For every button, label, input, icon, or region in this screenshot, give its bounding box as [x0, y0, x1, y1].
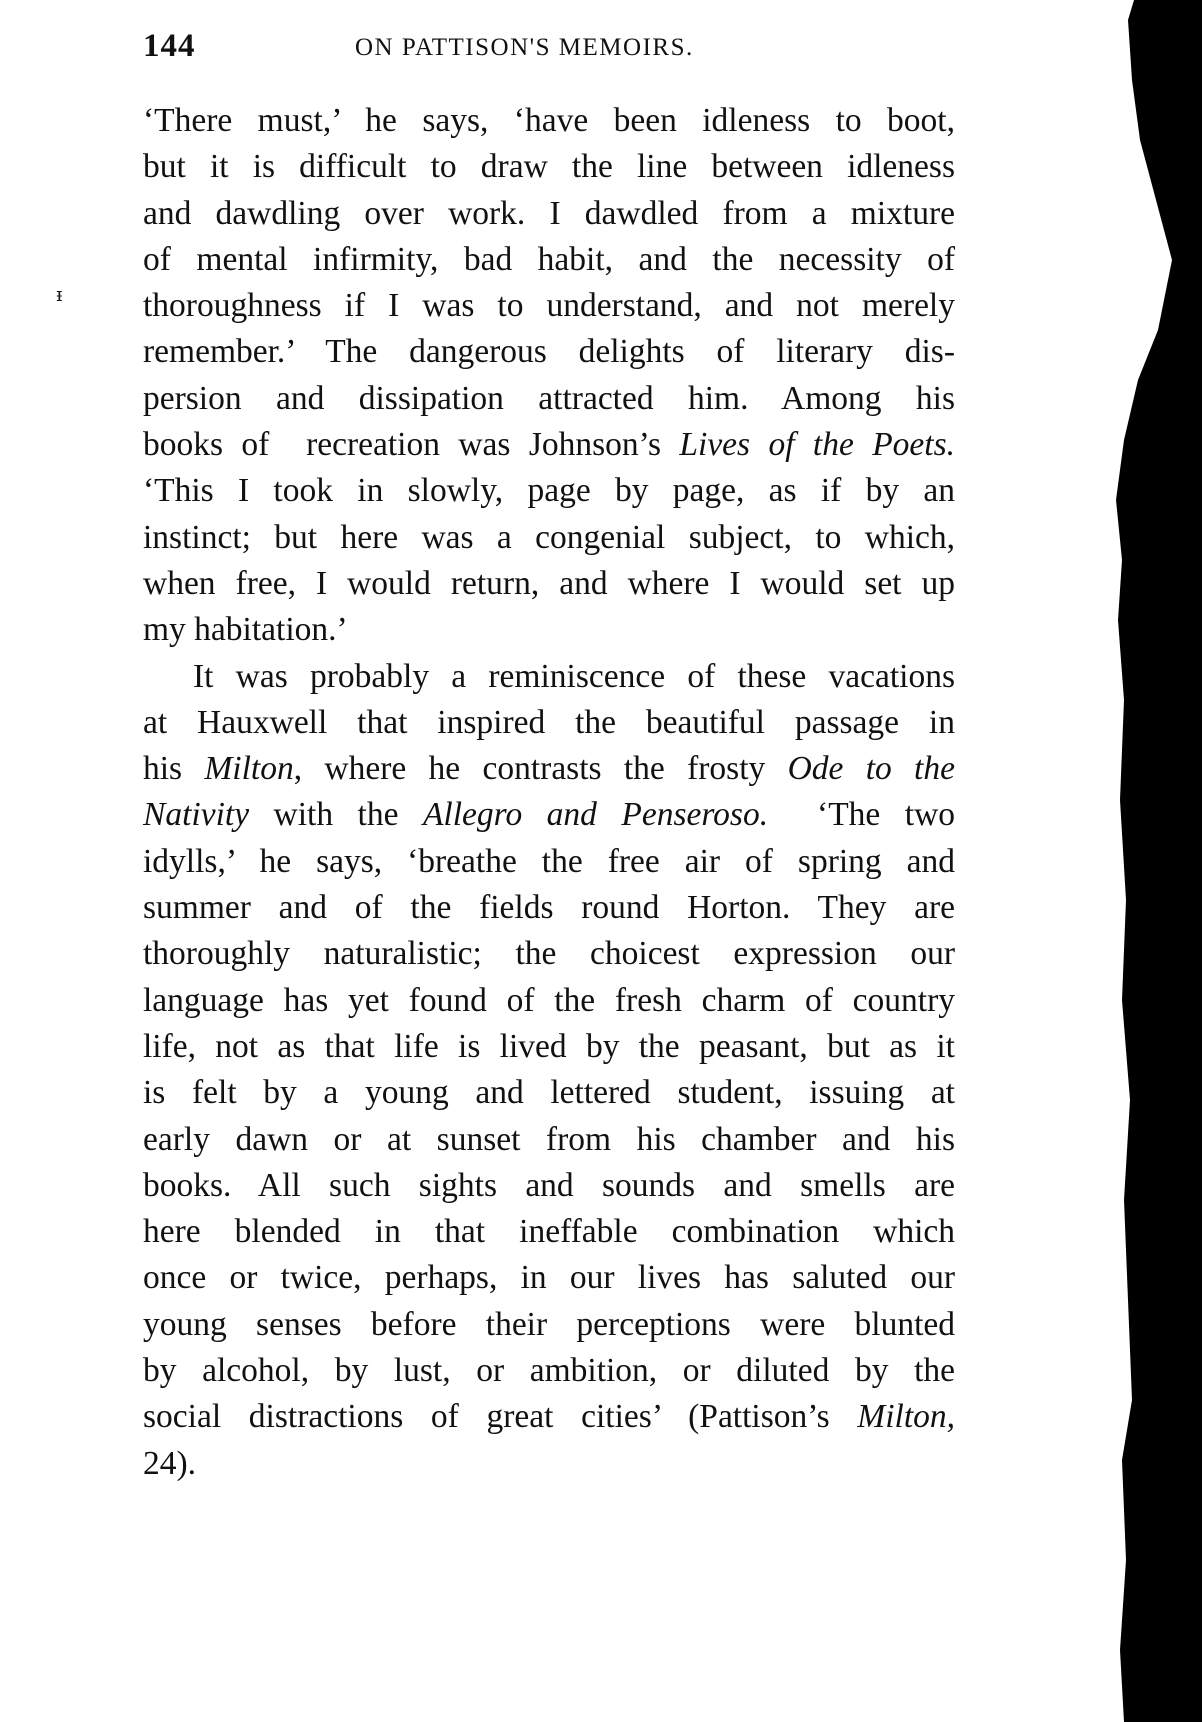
- italic-title: Lives of the Poets.: [679, 426, 955, 463]
- text-line: at Hauxwell that inspired the beautiful …: [143, 700, 955, 746]
- italic-title: Milton: [204, 750, 293, 787]
- text-line-with-italic: Nativity with the Allegro and Penseroso.…: [143, 792, 955, 838]
- italic-title: Nativity: [143, 796, 249, 833]
- margin-speck-icon: ᵻ: [56, 282, 62, 306]
- text-line: 24).: [143, 1441, 955, 1487]
- text-line: idylls,’ he says, ‘breathe the free air …: [143, 839, 955, 885]
- text-line: is felt by a young and lettered student,…: [143, 1070, 955, 1116]
- text-line: once or twice, perhaps, in our lives has…: [143, 1255, 955, 1301]
- text-line: here blended in that ineffable combinati…: [143, 1209, 955, 1255]
- paragraph-2: It was probably a reminiscence of these …: [143, 654, 955, 1487]
- text-line-with-italic: his Milton, where he contrasts the frost…: [143, 746, 955, 792]
- text-line: and dawdling over work. I dawdled from a…: [143, 191, 955, 237]
- scan-edge-shadow: [1110, 0, 1202, 1722]
- italic-title: Ode to the: [788, 750, 955, 787]
- page-header: 144 ON PATTISON'S MEMOIRS.: [143, 28, 963, 72]
- text-line: life, not as that life is lived by the p…: [143, 1024, 955, 1070]
- italic-title: Allegro and Penseroso.: [423, 796, 768, 833]
- text-line: of mental infirmity, bad habit, and the …: [143, 237, 955, 283]
- text-line: young senses before their perceptions we…: [143, 1302, 955, 1348]
- page-number: 144: [143, 28, 196, 65]
- text-line: instinct; but here was a congenial subje…: [143, 515, 955, 561]
- text-line: early dawn or at sunset from his chamber…: [143, 1117, 955, 1163]
- book-page: 144 ON PATTISON'S MEMOIRS. ᵻ ‘There must…: [0, 0, 1202, 1722]
- text-line: my habitation.’: [143, 607, 955, 653]
- text-line: language has yet found of the fresh char…: [143, 978, 955, 1024]
- text-line: thoroughness if I was to understand, and…: [143, 283, 955, 329]
- text-line: ‘This I took in slowly, page by page, as…: [143, 468, 955, 514]
- text-line: remember.’ The dangerous delights of lit…: [143, 329, 955, 375]
- italic-title: Milton,: [857, 1398, 955, 1435]
- body-text: ‘There must,’ he says, ‘have been idlene…: [143, 98, 955, 1487]
- text-line: thoroughly naturalistic; the choicest ex…: [143, 931, 955, 977]
- text-line: summer and of the fields round Horton. T…: [143, 885, 955, 931]
- text-line: but it is difficult to draw the line bet…: [143, 144, 955, 190]
- text-line: by alcohol, by lust, or ambition, or dil…: [143, 1348, 955, 1394]
- text-line: books. All such sights and sounds and sm…: [143, 1163, 955, 1209]
- text-line: persion and dissipation attracted him. A…: [143, 376, 955, 422]
- text-line: It was probably a reminiscence of these …: [143, 654, 955, 700]
- text-line-with-italic: books of recreation was Johnson’s Lives …: [143, 422, 955, 468]
- text-line-with-italic: social distractions of great cities’ (Pa…: [143, 1394, 955, 1440]
- text-line: when free, I would return, and where I w…: [143, 561, 955, 607]
- paragraph-1: ‘There must,’ he says, ‘have been idlene…: [143, 98, 955, 654]
- running-title: ON PATTISON'S MEMOIRS.: [355, 34, 694, 62]
- text-line: ‘There must,’ he says, ‘have been idlene…: [143, 98, 955, 144]
